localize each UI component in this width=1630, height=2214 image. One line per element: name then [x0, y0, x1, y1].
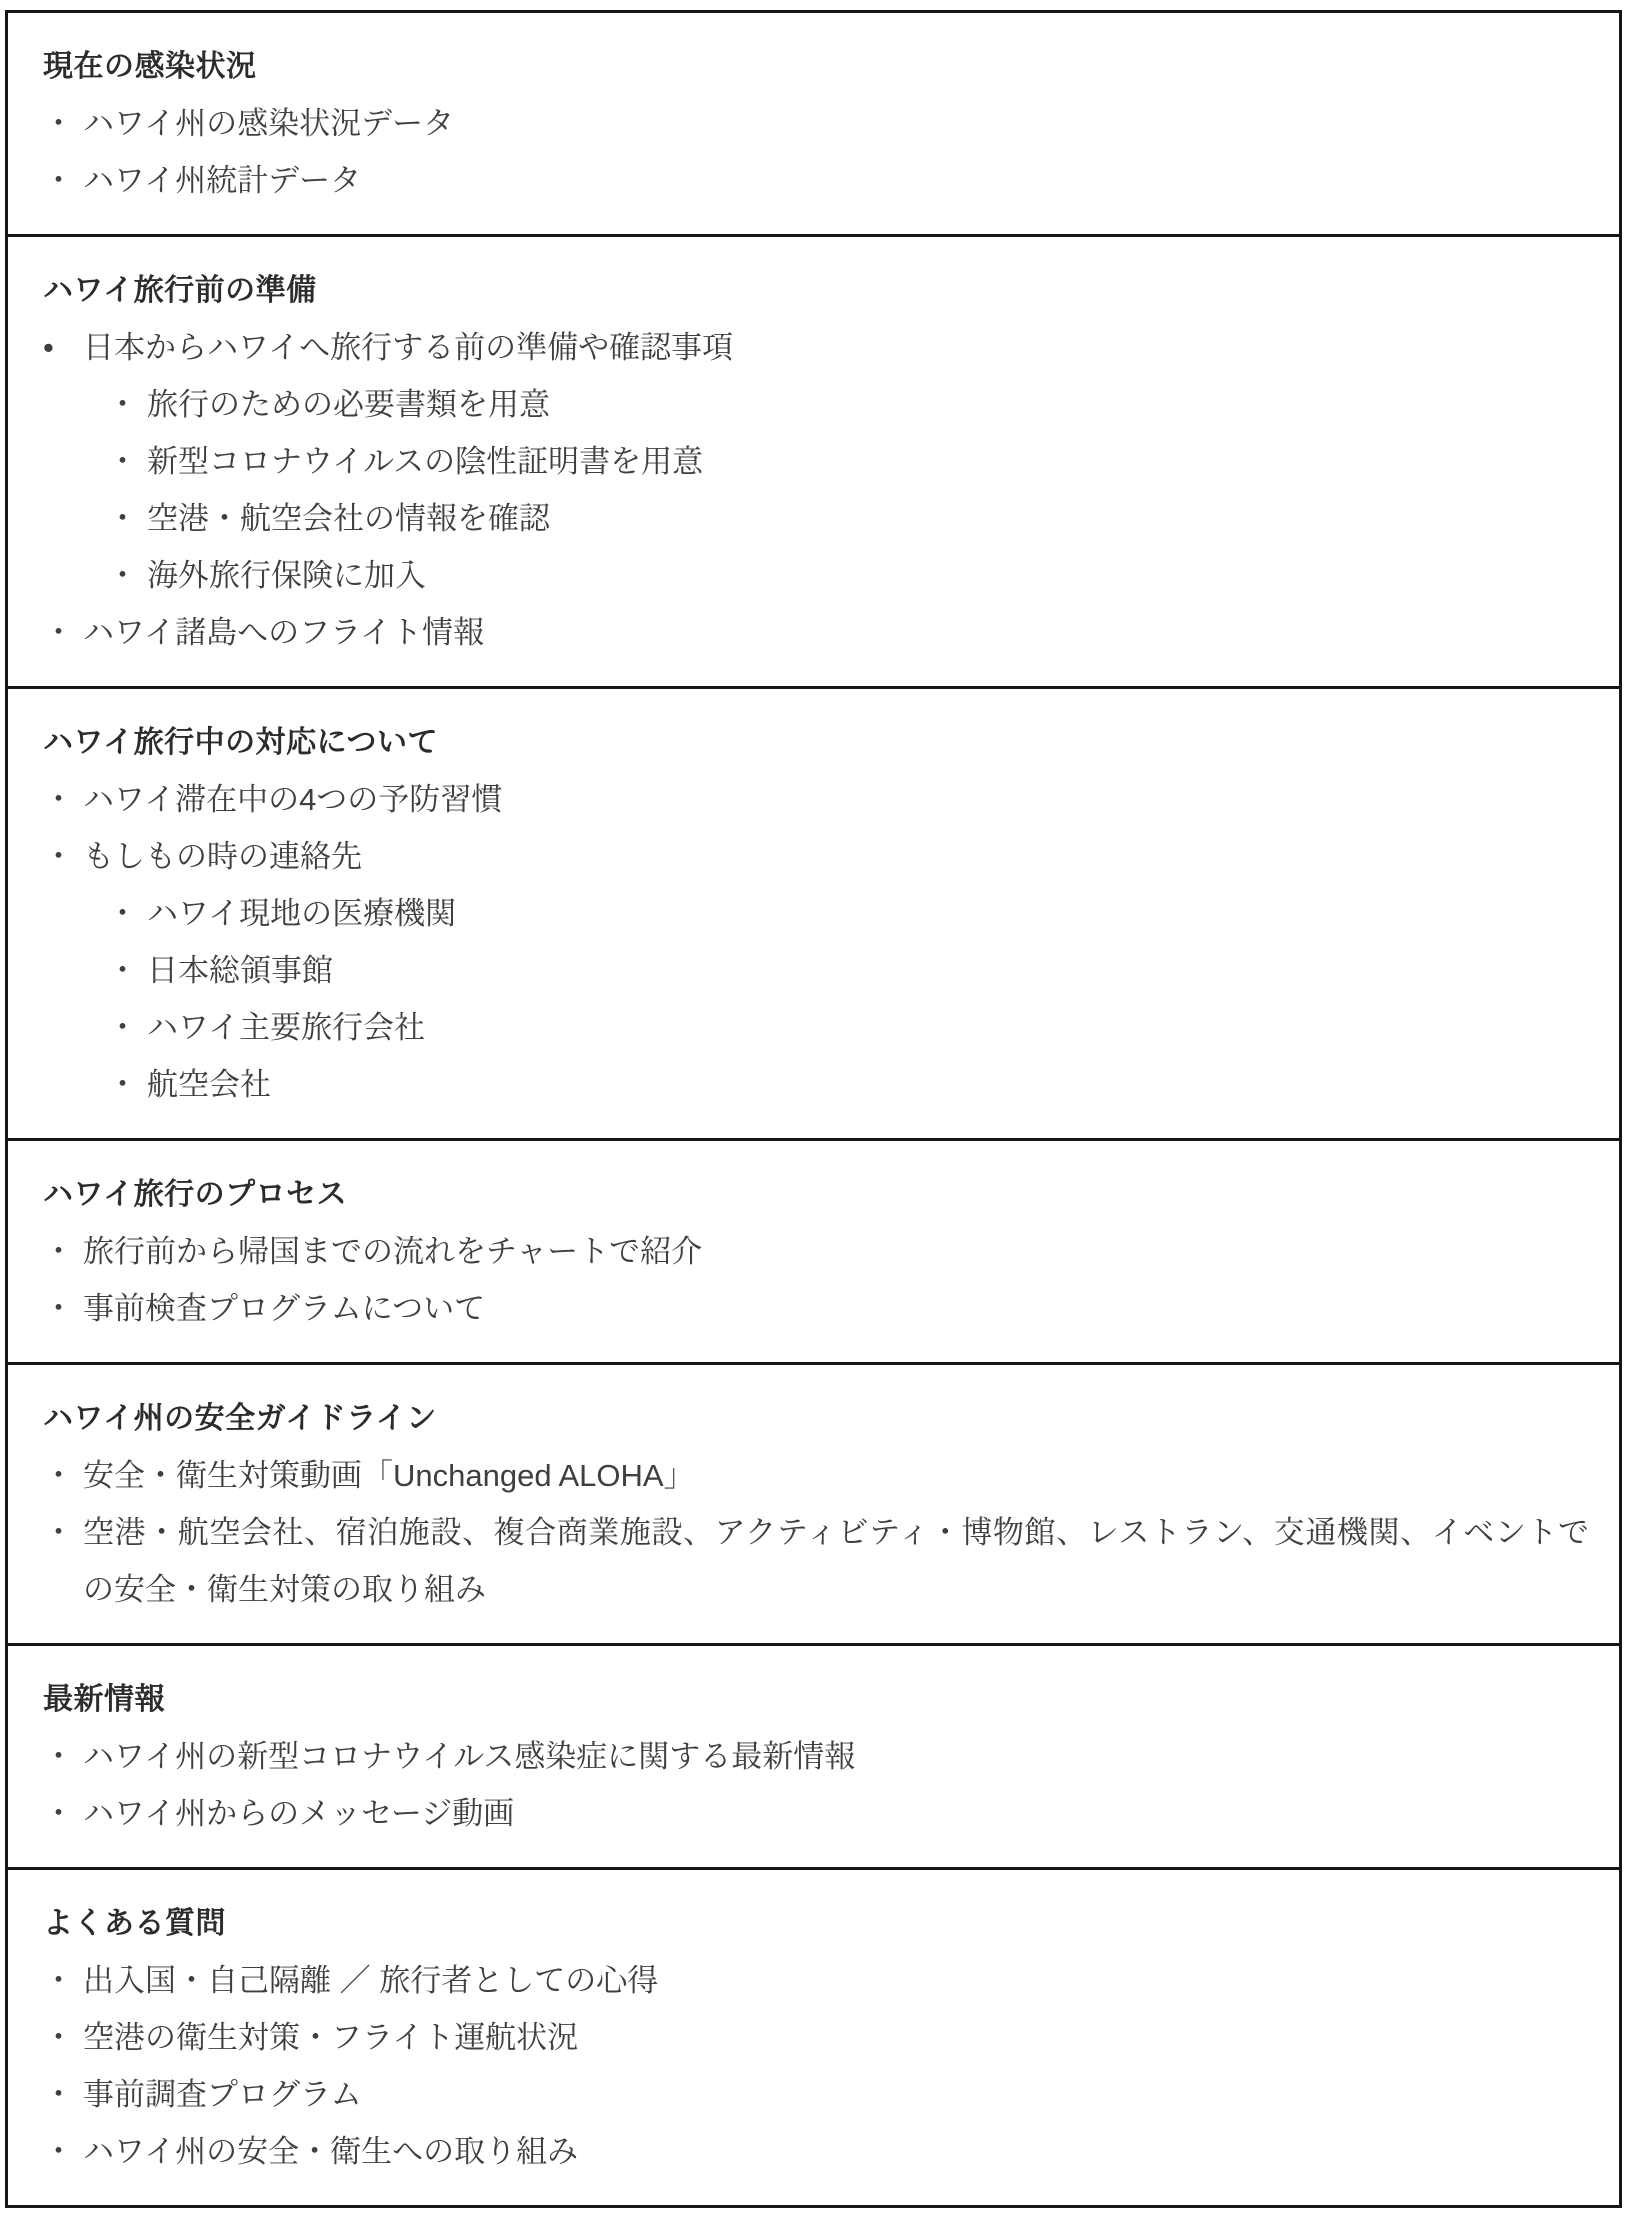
section-heading: ハワイ旅行のプロセス	[43, 1166, 1589, 1223]
toc-item: ・ ハワイ滞在中の4つの予防習慣	[43, 771, 1589, 828]
toc-item-text: ハワイ滞在中の4つの予防習慣	[83, 771, 1589, 828]
toc-item-text: ハワイ州統計データ	[83, 152, 1589, 209]
toc-item-text: 新型コロナウイルスの陰性証明書を用意	[147, 433, 1589, 490]
toc-item-text: ハワイ現地の医療機関	[147, 885, 1589, 942]
section-heading: ハワイ州の安全ガイドライン	[43, 1390, 1589, 1447]
toc-section-during-trip: ハワイ旅行中の対応について ・ ハワイ滞在中の4つの予防習慣 ・ もしもの時の連…	[8, 686, 1619, 1138]
toc-item-text: 日本総領事館	[147, 942, 1589, 999]
section-heading: 最新情報	[43, 1671, 1589, 1728]
bullet-icon: ・	[107, 433, 147, 490]
toc-section-pre-trip-preparation: ハワイ旅行前の準備 • 日本からハワイへ旅行する前の準備や確認事項 ・ 旅行のた…	[8, 234, 1619, 686]
section-heading: ハワイ旅行前の準備	[43, 262, 1589, 319]
section-heading: 現在の感染状況	[43, 38, 1589, 95]
toc-item: ・ 旅行前から帰国までの流れをチャートで紹介	[43, 1223, 1589, 1280]
bullet-icon: ・	[43, 1952, 83, 2009]
toc-subitem: ・ 航空会社	[107, 1056, 1589, 1113]
toc-section-latest-info: 最新情報 ・ ハワイ州の新型コロナウイルス感染症に関する最新情報 ・ ハワイ州か…	[8, 1643, 1619, 1867]
bullet-icon: ・	[107, 942, 147, 999]
toc-item-text: 事前調査プログラム	[83, 2066, 1589, 2123]
toc-subitem: ・ 空港・航空会社の情報を確認	[107, 490, 1589, 547]
toc-item-text: ハワイ州からのメッセージ動画	[83, 1785, 1589, 1842]
toc-subitem: ・ ハワイ主要旅行会社	[107, 999, 1589, 1056]
bullet-icon: •	[43, 319, 83, 376]
toc-subitem: ・ ハワイ現地の医療機関	[107, 885, 1589, 942]
toc-item-text: 空港の衛生対策・フライト運航状況	[83, 2009, 1589, 2066]
toc-item-text: ハワイ主要旅行会社	[147, 999, 1589, 1056]
bullet-icon: ・	[43, 152, 83, 209]
toc-subitem: ・ 旅行のための必要書類を用意	[107, 376, 1589, 433]
toc-item-text: ハワイ諸島へのフライト情報	[83, 604, 1589, 661]
toc-item-text: ハワイ州の感染状況データ	[83, 95, 1589, 152]
toc-item-text: ハワイ州の安全・衛生への取り組み	[83, 2123, 1589, 2180]
bullet-icon: ・	[43, 2066, 83, 2123]
toc-section-current-infection-status: 現在の感染状況 ・ ハワイ州の感染状況データ ・ ハワイ州統計データ	[8, 13, 1619, 234]
toc-item: • 日本からハワイへ旅行する前の準備や確認事項	[43, 319, 1589, 376]
bullet-icon: ・	[43, 771, 83, 828]
bullet-icon: ・	[107, 490, 147, 547]
toc-item: ・ 空港の衛生対策・フライト運航状況	[43, 2009, 1589, 2066]
bullet-icon: ・	[43, 604, 83, 661]
bullet-icon: ・	[43, 2009, 83, 2066]
section-heading: よくある質問	[43, 1895, 1589, 1952]
toc-item-text: 海外旅行保険に加入	[147, 547, 1589, 604]
toc-item: ・ ハワイ州統計データ	[43, 152, 1589, 209]
toc-subitem: ・ 海外旅行保険に加入	[107, 547, 1589, 604]
toc-subitem: ・ 日本総領事館	[107, 942, 1589, 999]
toc-item-text: 空港・航空会社、宿泊施設、複合商業施設、アクティビティ・博物館、レストラン、交通…	[83, 1504, 1589, 1618]
toc-section-safety-guidelines: ハワイ州の安全ガイドライン ・ 安全・衛生対策動画「Unchanged ALOH…	[8, 1362, 1619, 1643]
toc-item-text: 事前検査プログラムについて	[83, 1280, 1589, 1337]
toc-item-text: 旅行のための必要書類を用意	[147, 376, 1589, 433]
toc-item-text: 航空会社	[147, 1056, 1589, 1113]
toc-item: ・ 空港・航空会社、宿泊施設、複合商業施設、アクティビティ・博物館、レストラン、…	[43, 1504, 1589, 1618]
toc-item: ・ 安全・衛生対策動画「Unchanged ALOHA」	[43, 1447, 1589, 1504]
toc-item: ・ ハワイ州からのメッセージ動画	[43, 1785, 1589, 1842]
bullet-icon: ・	[43, 1504, 83, 1561]
toc-item: ・ ハワイ州の新型コロナウイルス感染症に関する最新情報	[43, 1728, 1589, 1785]
toc-item-text: 空港・航空会社の情報を確認	[147, 490, 1589, 547]
toc-item: ・ ハワイ州の安全・衛生への取り組み	[43, 2123, 1589, 2180]
toc-item-text: もしもの時の連絡先	[83, 828, 1589, 885]
toc-item-text: ハワイ州の新型コロナウイルス感染症に関する最新情報	[83, 1728, 1589, 1785]
page: 現在の感染状況 ・ ハワイ州の感染状況データ ・ ハワイ州統計データ ハワイ旅行…	[0, 0, 1630, 2214]
bullet-icon: ・	[107, 376, 147, 433]
bullet-icon: ・	[43, 1280, 83, 1337]
toc-item-text: 旅行前から帰国までの流れをチャートで紹介	[83, 1223, 1589, 1280]
section-heading: ハワイ旅行中の対応について	[43, 714, 1589, 771]
bullet-icon: ・	[43, 1447, 83, 1504]
bullet-icon: ・	[43, 1223, 83, 1280]
toc-item: ・ ハワイ諸島へのフライト情報	[43, 604, 1589, 661]
bullet-icon: ・	[107, 885, 147, 942]
bullet-icon: ・	[43, 95, 83, 152]
toc-item: ・ 事前調査プログラム	[43, 2066, 1589, 2123]
toc-item-text: 安全・衛生対策動画「Unchanged ALOHA」	[83, 1447, 1589, 1504]
toc-section-faq: よくある質問 ・ 出入国・自己隔離 ／ 旅行者としての心得 ・ 空港の衛生対策・…	[8, 1867, 1619, 2205]
toc-table: 現在の感染状況 ・ ハワイ州の感染状況データ ・ ハワイ州統計データ ハワイ旅行…	[5, 10, 1622, 2208]
toc-subitem: ・ 新型コロナウイルスの陰性証明書を用意	[107, 433, 1589, 490]
bullet-icon: ・	[107, 999, 147, 1056]
bullet-icon: ・	[43, 1785, 83, 1842]
toc-item: ・ ハワイ州の感染状況データ	[43, 95, 1589, 152]
toc-section-travel-process: ハワイ旅行のプロセス ・ 旅行前から帰国までの流れをチャートで紹介 ・ 事前検査…	[8, 1138, 1619, 1362]
bullet-icon: ・	[107, 1056, 147, 1113]
bullet-icon: ・	[43, 2123, 83, 2180]
toc-item: ・ もしもの時の連絡先	[43, 828, 1589, 885]
toc-item: ・ 事前検査プログラムについて	[43, 1280, 1589, 1337]
bullet-icon: ・	[43, 828, 83, 885]
bullet-icon: ・	[107, 547, 147, 604]
bullet-icon: ・	[43, 1728, 83, 1785]
toc-item: ・ 出入国・自己隔離 ／ 旅行者としての心得	[43, 1952, 1589, 2009]
toc-item-text: 日本からハワイへ旅行する前の準備や確認事項	[83, 319, 1589, 376]
toc-item-text: 出入国・自己隔離 ／ 旅行者としての心得	[83, 1952, 1589, 2009]
